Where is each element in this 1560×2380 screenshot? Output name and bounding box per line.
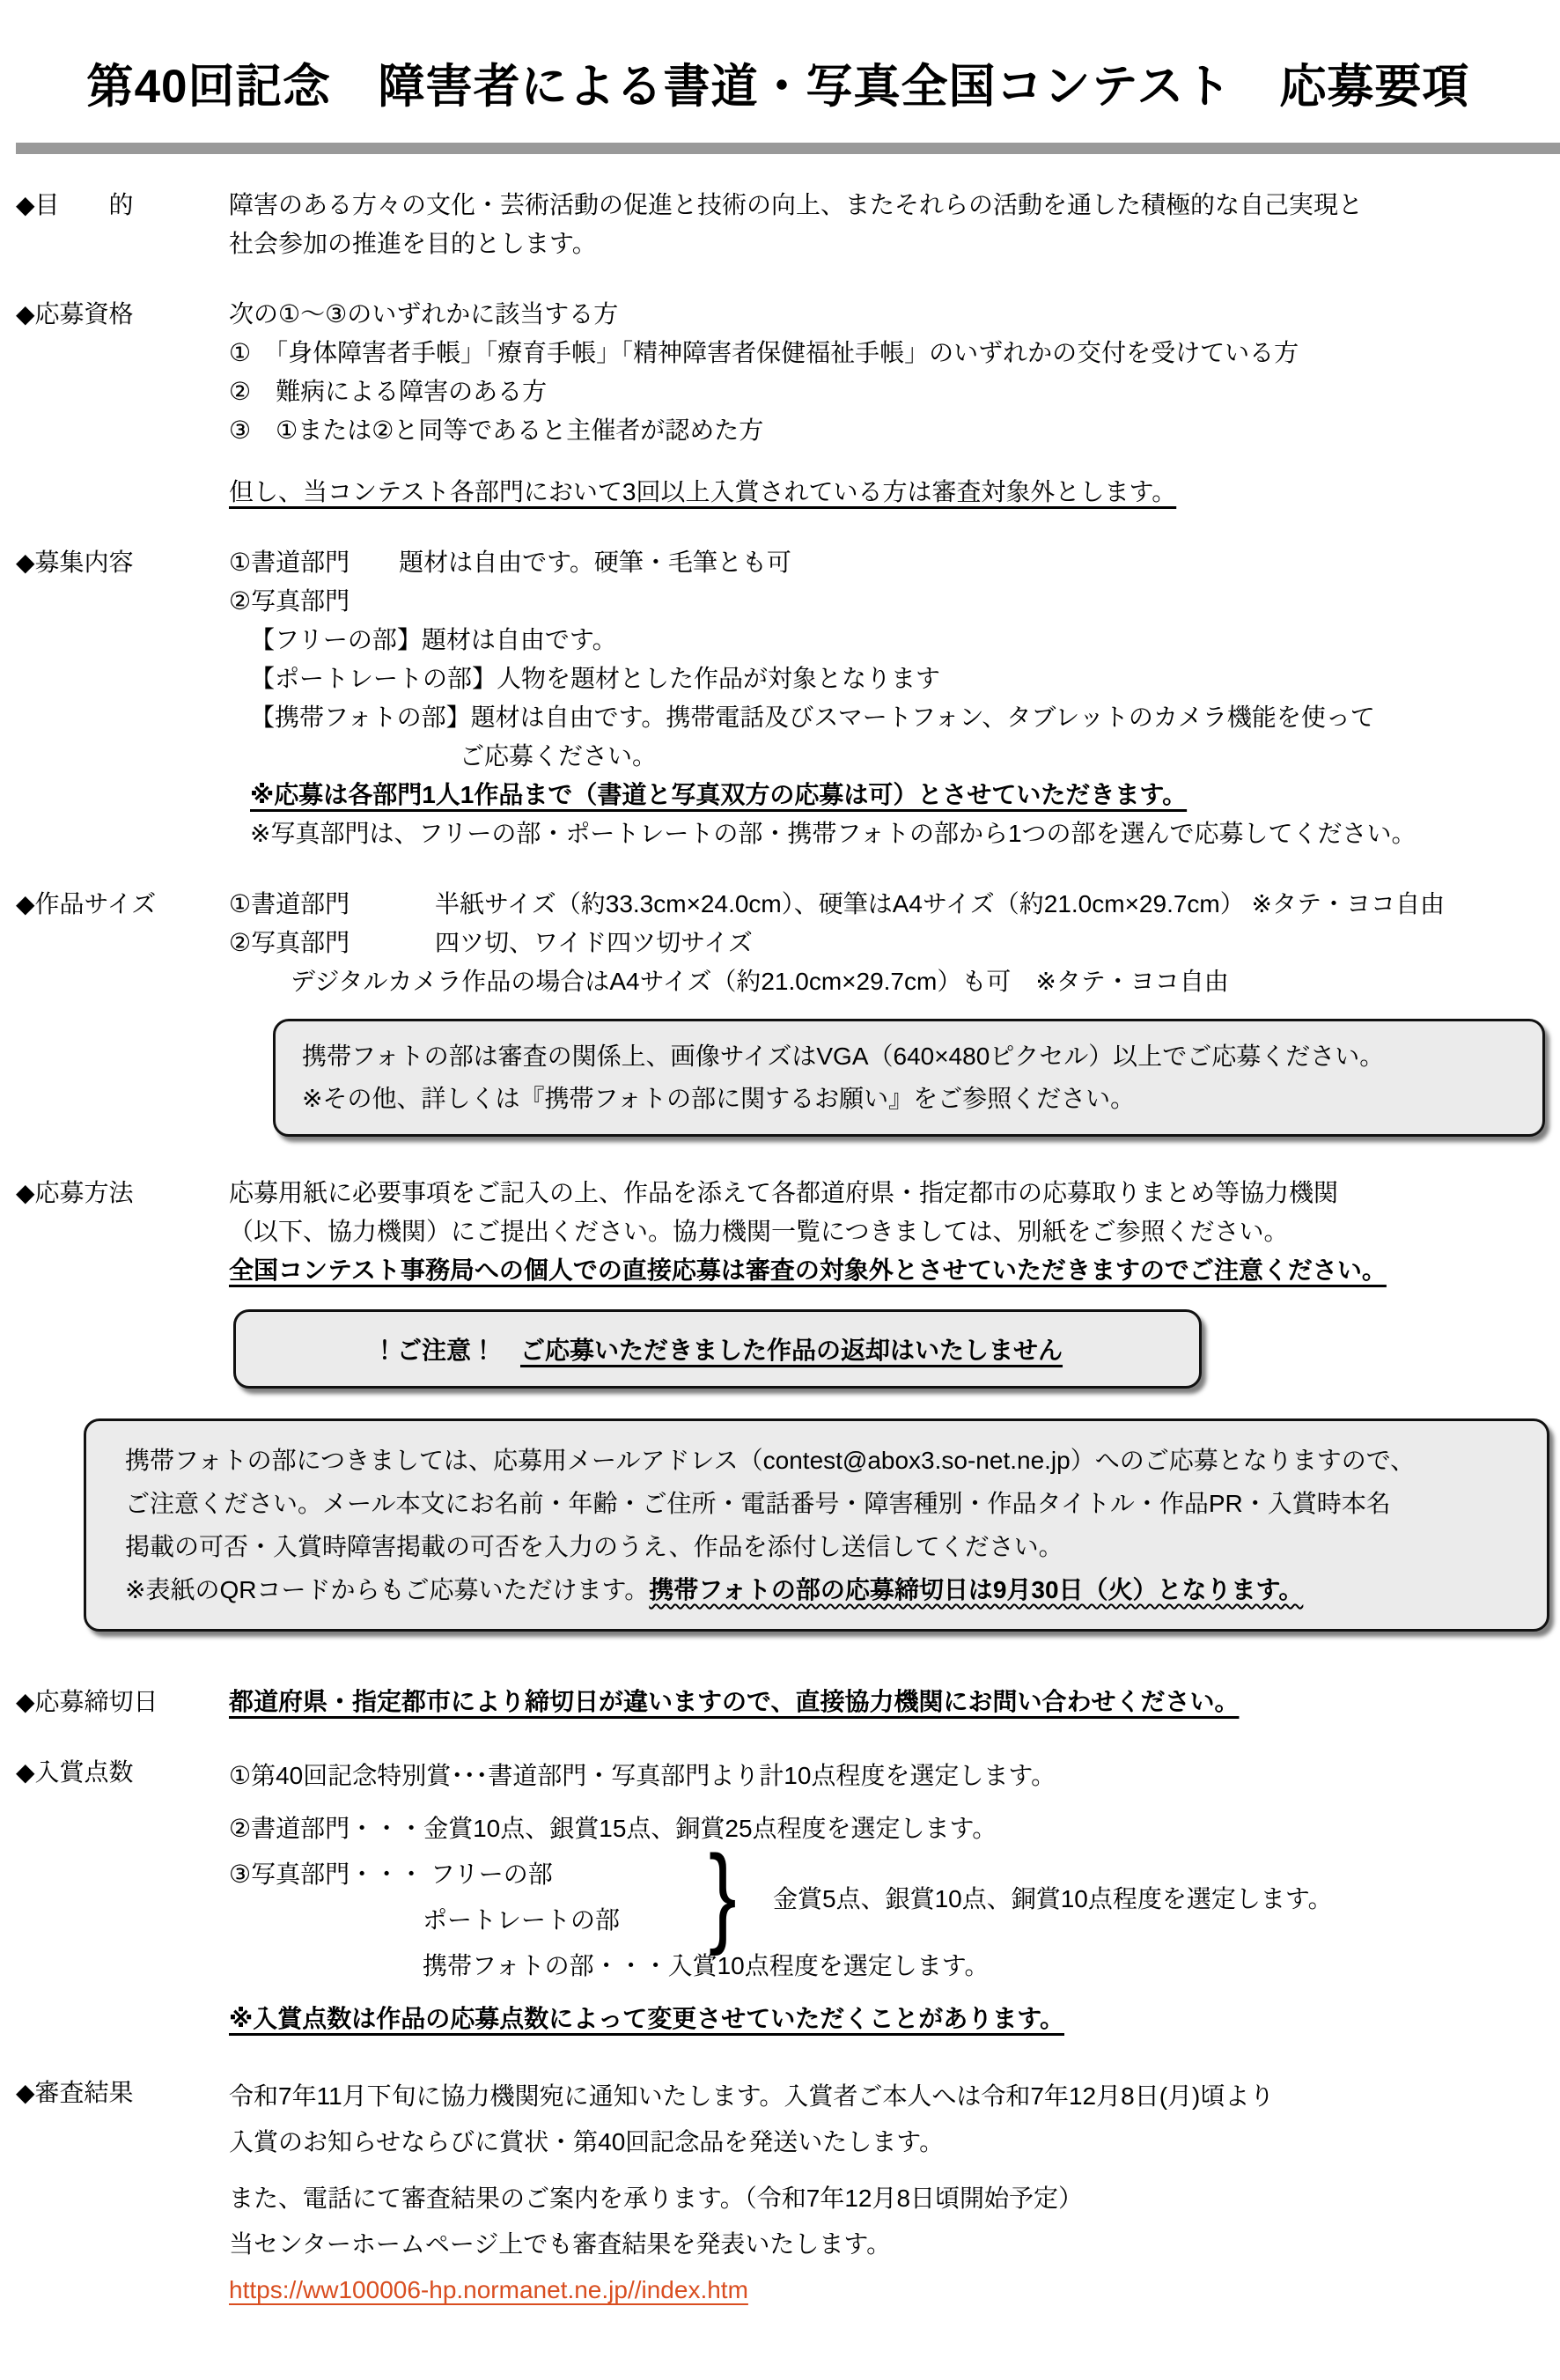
section-method-label: ◆応募方法 <box>16 1174 229 1212</box>
results-link-line: https://ww100006-hp.normanet.ne.jp//inde… <box>229 2267 1541 2313</box>
no-return-notice-box: ！ご注意！ ご応募いただきました作品の返却はいたしません <box>233 1309 1202 1389</box>
qr-note: ※表紙のQRコードからもご応募いただけます。 <box>125 1576 649 1603</box>
section-contents: ◆募集内容 ①書道部門 題材は自由です。硬筆・毛筆とも可 ②写真部門 【フリーの… <box>16 543 1541 853</box>
purpose-line-2: 社会参加の推進を目的とします。 <box>229 225 1541 263</box>
section-results-label: ◆審査結果 <box>16 2074 229 2112</box>
vga-notice-box: 携帯フォトの部は審査の関係上、画像サイズはVGA（640×480ピクセル）以上で… <box>273 1019 1545 1137</box>
contents-note-2: ※写真部門は、フリーの部・ポートレートの部・携帯フォトの部から1つの部を選んで応… <box>229 814 1541 853</box>
prize-calligraphy: ②書道部門・・・金賞10点、銀賞15点、銅賞25点程度を選定します。 <box>229 1806 1541 1852</box>
section-eligibility: ◆応募資格 次の①～③のいずれかに該当する方 ① 「身体障害者手帳」「療育手帳」… <box>16 295 1541 512</box>
results-line-3: また、電話にて審査結果のご案内を承ります。（令和7年12月8日頃開始予定） <box>229 2176 1541 2222</box>
notice-body: ご応募いただきました作品の返却はいたしません <box>520 1337 1063 1364</box>
notice-prefix: ！ご注意！ <box>372 1337 520 1364</box>
eligibility-item-2: ② 難病による障害のある方 <box>229 372 1541 411</box>
prize-photo-note: 金賞5点、銀賞10点、銅賞10点程度を選定します。 <box>773 1880 1333 1915</box>
contents-note-1: ※応募は各部門1人1作品まで（書道と写真双方の応募は可）とさせていただきます。 <box>229 776 1541 814</box>
mobile-deadline-emphasis: 携帯フォトの部の応募締切日は9月30日（火）となります。 <box>649 1576 1303 1603</box>
prize-special: ①第40回記念特別賞･･･書道部門・写真部門より計10点程度を選定します。 <box>229 1753 1541 1799</box>
section-eligibility-label: ◆応募資格 <box>16 295 229 334</box>
mobile-box-line-2: ご注意ください。メール本文にお名前・年齢・ご住所・電話番号・障害種別・作品タイト… <box>125 1482 1508 1525</box>
size-digital: デジタルカメラ作品の場合はA4サイズ（約21.0cm×29.7cm）も可 ※タテ… <box>229 962 1541 1001</box>
section-purpose-label: ◆目 的 <box>16 186 229 225</box>
size-photo: ②写真部門四ツ切、ワイド四ツ切サイズ <box>229 924 1541 962</box>
vga-notice-line-1: 携帯フォトの部は審査の関係上、画像サイズはVGA（640×480ピクセル）以上で… <box>302 1035 1516 1078</box>
method-warning: 全国コンテスト事務局への個人での直接応募は審査の対象外とさせていただきますのでご… <box>229 1251 1541 1290</box>
section-method: ◆応募方法 応募用紙に必要事項をご記入の上、作品を添えて各都道府県・指定都市の応… <box>16 1174 1541 1396</box>
eligibility-item-3: ③ ①または②と同等であると主催者が認めた方 <box>229 411 1541 450</box>
eligibility-intro: 次の①～③のいずれかに該当する方 <box>229 295 1541 334</box>
mobile-photo-email-box: 携帯フォトの部につきましては、応募用メールアドレス（contest@abox3.… <box>84 1418 1549 1632</box>
prize-photo-mobile: 携帯フォトの部・・・入賞10点程度を選定します。 <box>229 1943 1541 1989</box>
results-homepage-link[interactable]: https://ww100006-hp.normanet.ne.jp//inde… <box>229 2276 748 2303</box>
vga-notice-line-2: ※その他、詳しくは『携帯フォトの部に関するお願い』をご参照ください。 <box>302 1078 1516 1120</box>
results-line-4: 当センターホームページ上でも審査結果を発表いたします。 <box>229 2222 1541 2267</box>
section-prizes-label: ◆入賞点数 <box>16 1753 229 1792</box>
mobile-box-line-3: 掲載の可否・入賞時障害掲載の可否を入力のうえ、作品を添付し送信してください。 <box>125 1525 1508 1568</box>
page-title: 第40回記念 障害者による書道・写真全国コンテスト 応募要項 <box>16 49 1541 116</box>
mobile-box-line-1: 携帯フォトの部につきましては、応募用メールアドレス（contest@abox3.… <box>125 1439 1508 1482</box>
deadline-text: 都道府県・指定都市により締切日が違いますので、直接協力機関にお問い合わせください… <box>229 1683 1541 1721</box>
eligibility-note: 但し、当コンテスト各部門において3回以上入賞されている方は審査対象外とします。 <box>229 473 1541 512</box>
section-deadline: ◆応募締切日 都道府県・指定都市により締切日が違いますので、直接協力機関にお問い… <box>16 1683 1541 1721</box>
eligibility-item-1: ① 「身体障害者手帳」「療育手帳」「精神障害者保健福祉手帳」のいずれかの交付を受… <box>229 334 1541 372</box>
section-prizes: ◆入賞点数 ①第40回記念特別賞･･･書道部門・写真部門より計10点程度を選定し… <box>16 1753 1541 2042</box>
contents-photo: ②写真部門 <box>229 582 1541 621</box>
section-contents-label: ◆募集内容 <box>16 543 229 582</box>
method-line-2: （以下、協力機関）にご提出ください。協力機関一覧につきましては、別紙をご参照くだ… <box>229 1212 1541 1251</box>
section-size-label: ◆作品サイズ <box>16 885 229 924</box>
section-size: ◆作品サイズ ①書道部門半紙サイズ（約33.3cm×24.0cm）、硬筆はA4サ… <box>16 885 1541 1142</box>
mobile-box-line-4: ※表紙のQRコードからもご応募いただけます。携帯フォトの部の応募締切日は9月30… <box>125 1568 1508 1611</box>
group-brace: } <box>709 1839 737 1950</box>
method-line-1: 応募用紙に必要事項をご記入の上、作品を添えて各都道府県・指定都市の応募取りまとめ… <box>229 1174 1541 1212</box>
prizes-note: ※入賞点数は作品の応募点数によって変更させていただくことがあります。 <box>229 1996 1541 2042</box>
contents-portrait-division: 【ポートレートの部】人物を題材とした作品が対象となります <box>229 659 1541 698</box>
application-guide-document: 第40回記念 障害者による書道・写真全国コンテスト 応募要項 ◆目 的 障害のあ… <box>0 0 1560 2380</box>
section-deadline-label: ◆応募締切日 <box>16 1683 229 1721</box>
results-line-2: 入賞のお知らせならびに賞状・第40回記念品を発送いたします。 <box>229 2119 1541 2165</box>
prize-photo-group: ③写真部門・・・ フリーの部 ポートレートの部 } 金賞5点、銀賞10点、銅賞1… <box>229 1852 1541 1943</box>
section-results: ◆審査結果 令和7年11月下旬に協力機関宛に通知いたします。入賞者ご本人へは令和… <box>16 2074 1541 2313</box>
title-divider-bar <box>16 143 1560 154</box>
contents-mobile-division: 【携帯フォトの部】題材は自由です。携帯電話及びスマートフォン、タブレットのカメラ… <box>229 698 1541 737</box>
contents-free-division: 【フリーの部】題材は自由です。 <box>229 621 1541 659</box>
size-calligraphy: ①書道部門半紙サイズ（約33.3cm×24.0cm）、硬筆はA4サイズ（約21.… <box>229 885 1541 924</box>
purpose-line-1: 障害のある方々の文化・芸術活動の促進と技術の向上、またそれらの活動を通した積極的… <box>229 186 1541 225</box>
contents-calligraphy: ①書道部門 題材は自由です。硬筆・毛筆とも可 <box>229 543 1541 582</box>
results-line-1: 令和7年11月下旬に協力機関宛に通知いたします。入賞者ご本人へは令和7年12月8… <box>229 2074 1541 2119</box>
contents-mobile-division-cont: ご応募ください。 <box>229 737 1541 776</box>
section-purpose: ◆目 的 障害のある方々の文化・芸術活動の促進と技術の向上、またそれらの活動を通… <box>16 186 1541 263</box>
